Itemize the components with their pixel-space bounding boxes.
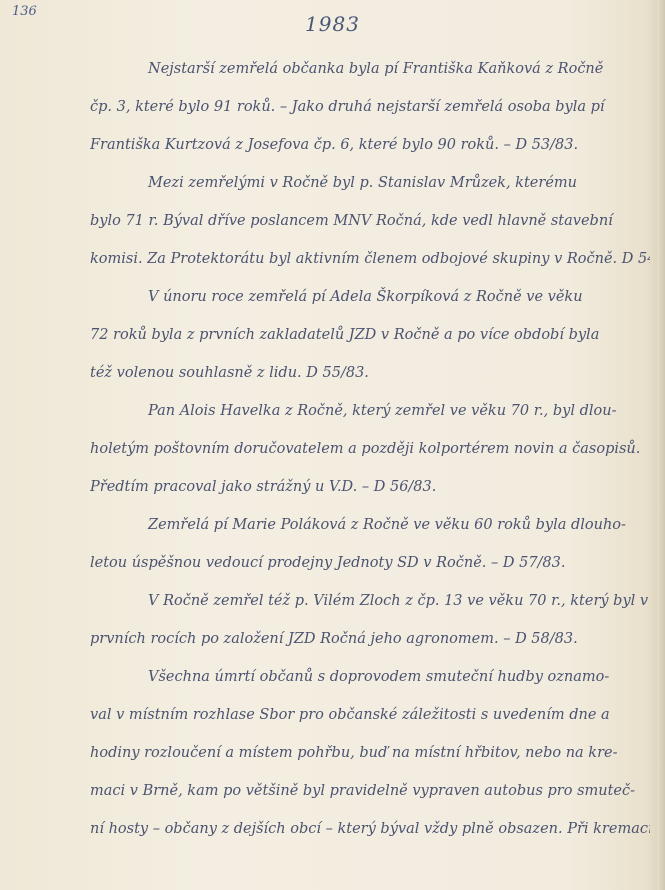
text-line: Pan Alois Havelka z Ročně, který zemřel … [90, 392, 650, 430]
paragraph: Nejstarší zemřelá občanka byla pí Franti… [90, 50, 650, 164]
text-line: Františka Kurtzová z Josefova čp. 6, kte… [90, 126, 650, 164]
chronicle-text: Nejstarší zemřelá občanka byla pí Franti… [90, 50, 650, 848]
text-line: ní hosty – občany z dejších obcí – který… [90, 810, 650, 848]
text-line: maci v Brně, kam po většině byl pravidel… [90, 772, 650, 810]
text-line: V Ročně zemřel též p. Vilém Zloch z čp. … [90, 582, 650, 620]
text-line: holetým poštovním doručovatelem a pozděj… [90, 430, 650, 468]
text-line: též volenou souhlasně z lidu. D 55/83. [90, 354, 650, 392]
text-line: Předtím pracoval jako strážný u V.D. – D… [90, 468, 650, 506]
text-line: bylo 71 r. Býval dříve poslancem MNV Roč… [90, 202, 650, 240]
paragraph: Pan Alois Havelka z Ročně, který zemřel … [90, 392, 650, 506]
year-heading: 1983 [0, 12, 665, 36]
text-line: Zemřelá pí Marie Poláková z Ročně ve věk… [90, 506, 650, 544]
text-line: V únoru roce zemřelá pí Adela Škorpíková… [90, 278, 650, 316]
text-line: 72 roků byla z prvních zakladatelů JZD v… [90, 316, 650, 354]
manuscript-page: 136 1983 Nejstarší zemřelá občanka byla … [0, 0, 665, 890]
text-line: Všechna úmrtí občanů s doprovodem smuteč… [90, 658, 650, 696]
text-line: komisi. Za Protektorátu byl aktivním čle… [90, 240, 650, 278]
paragraph: Zemřelá pí Marie Poláková z Ročně ve věk… [90, 506, 650, 582]
text-line: letou úspěšnou vedoucí prodejny Jednoty … [90, 544, 650, 582]
text-line: val v místním rozhlase Sbor pro občanské… [90, 696, 650, 734]
paragraph: V Ročně zemřel též p. Vilém Zloch z čp. … [90, 582, 650, 658]
text-line: prvních rocích po založení JZD Ročná jeh… [90, 620, 650, 658]
paragraph: Mezi zemřelými v Ročně byl p. Stanislav … [90, 164, 650, 278]
text-line: Nejstarší zemřelá občanka byla pí Franti… [90, 50, 650, 88]
text-line: hodiny rozloučení a místem pohřbu, buď n… [90, 734, 650, 772]
page-edge [657, 0, 665, 890]
paragraph: V únoru roce zemřelá pí Adela Škorpíková… [90, 278, 650, 392]
text-line: čp. 3, které bylo 91 roků. – Jako druhá … [90, 88, 650, 126]
paragraph: Všechna úmrtí občanů s doprovodem smuteč… [90, 658, 650, 848]
text-line: Mezi zemřelými v Ročně byl p. Stanislav … [90, 164, 650, 202]
